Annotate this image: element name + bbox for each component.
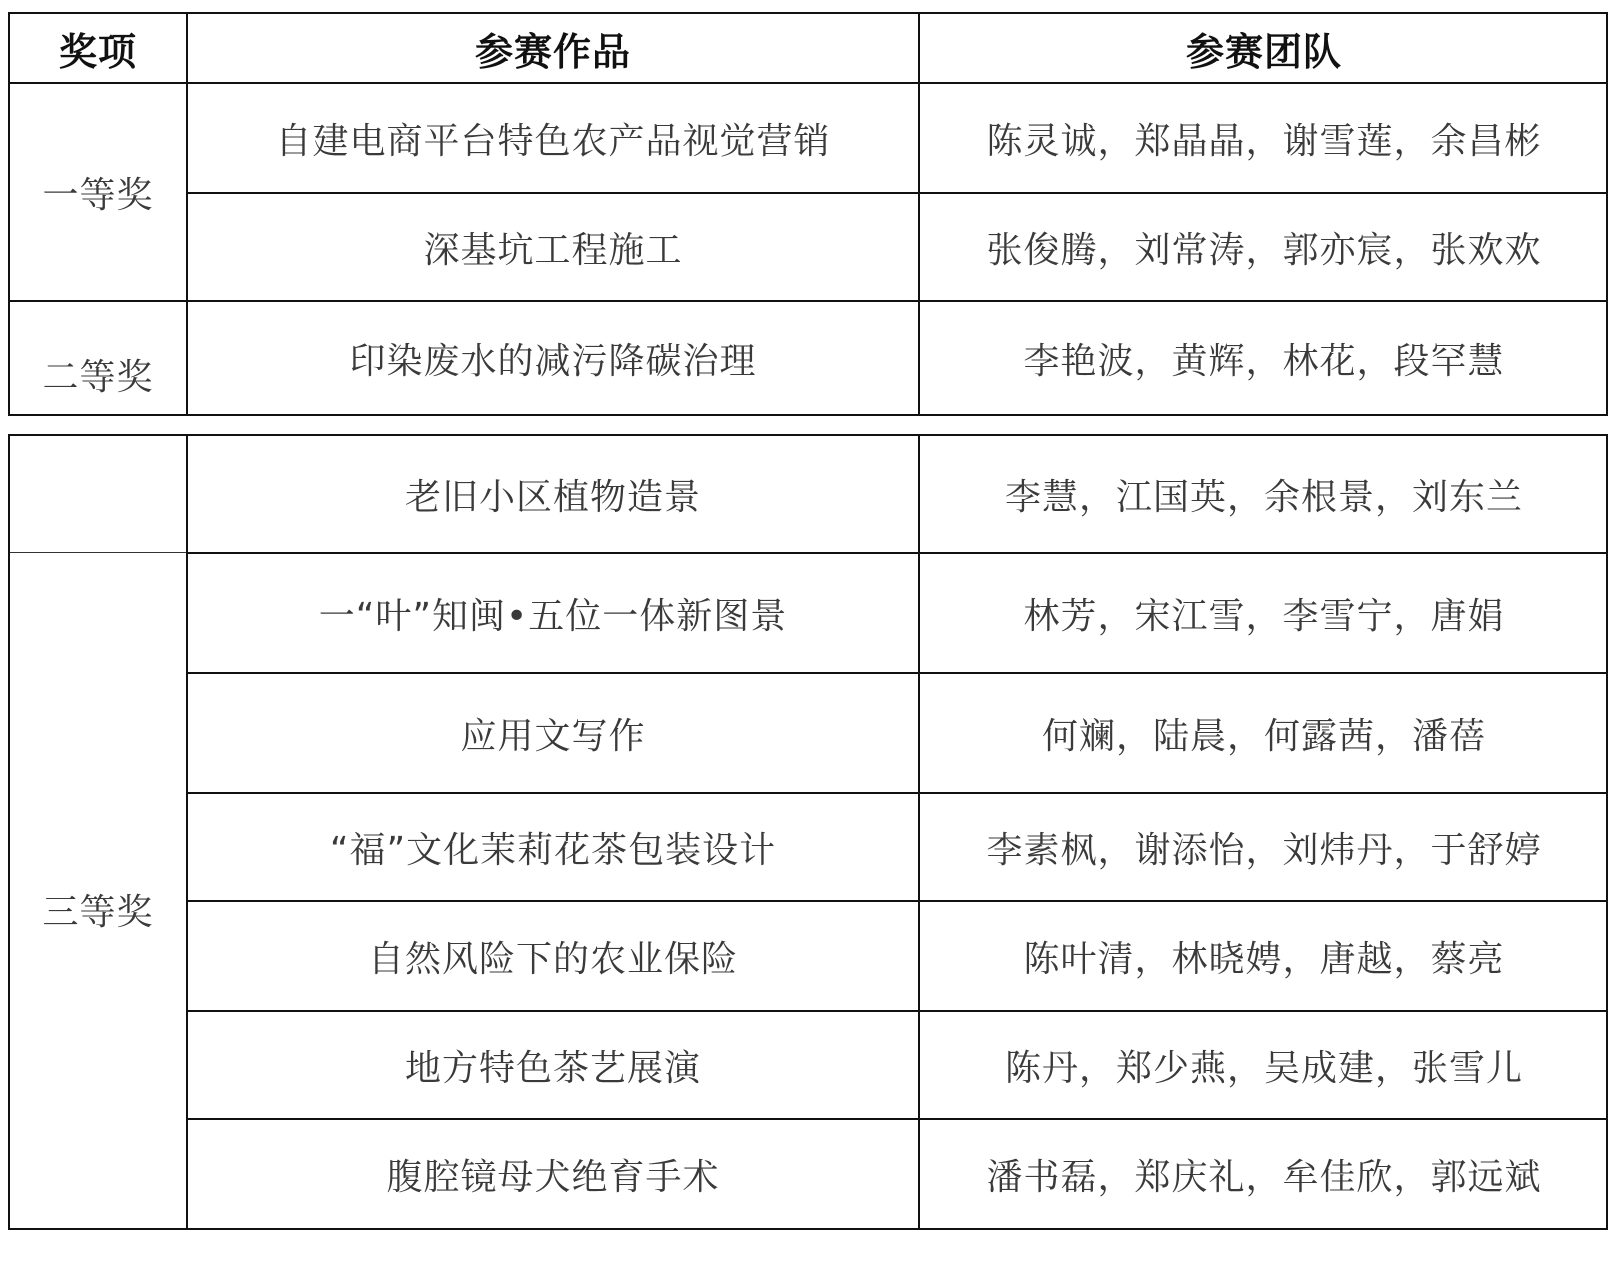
- award-third-prize: 三等奖: [10, 554, 186, 1264]
- work-cell: “福”文化茉莉花茶包装设计: [188, 794, 918, 900]
- team-cell: 陈叶清，林晓娉，唐越，蔡亮: [920, 902, 1608, 1010]
- work-cell: 腹腔镜母犬绝育手术: [188, 1120, 918, 1228]
- team-cell: 何斓，陆晨，何露茜，潘蓓: [920, 674, 1608, 792]
- work-cell: 印染废水的减污降碳治理: [188, 302, 918, 414]
- team-cell: 潘书磊，郑庆礼，牟佳欣，郭远斌: [920, 1120, 1608, 1228]
- team-cell: 陈丹，郑少燕，吴成建，张雪儿: [920, 1012, 1608, 1118]
- header-work: 参赛作品: [188, 14, 918, 82]
- work-cell: 自然风险下的农业保险: [188, 902, 918, 1010]
- work-cell: 自建电商平台特色农产品视觉营销: [188, 84, 918, 192]
- awards-table-top: 奖项 参赛作品 参赛团队 一等奖 自建电商平台特色农产品视觉营销 陈灵诚，郑晶晶…: [8, 12, 1608, 416]
- work-cell: 应用文写作: [188, 674, 918, 792]
- header-award: 奖项: [10, 14, 186, 82]
- work-cell: 老旧小区植物造景: [188, 436, 918, 552]
- awards-table-bottom: 三等奖 老旧小区植物造景 李慧，江国英，余根景，刘东兰 一“叶”知闽•五位一体新…: [8, 434, 1608, 1230]
- row-divider: [10, 552, 186, 553]
- work-cell: 一“叶”知闽•五位一体新图景: [188, 554, 918, 672]
- award-first-prize: 一等奖: [10, 84, 186, 300]
- team-cell: 林芳，宋江雪，李雪宁，唐娟: [920, 554, 1608, 672]
- team-cell: 张俊腾，刘常涛，郭亦宸，张欢欢: [920, 194, 1608, 300]
- award-second-prize: 二等奖: [10, 314, 186, 414]
- team-cell: 陈灵诚，郑晶晶，谢雪莲，余昌彬: [920, 84, 1608, 192]
- team-cell: 李素枫，谢添怡，刘炜丹，于舒婷: [920, 794, 1608, 900]
- team-cell: 李慧，江国英，余根景，刘东兰: [920, 436, 1608, 552]
- team-cell: 李艳波，黄辉，林花，段罕慧: [920, 302, 1608, 414]
- header-team: 参赛团队: [920, 14, 1608, 82]
- work-cell: 深基坑工程施工: [188, 194, 918, 300]
- work-cell: 地方特色茶艺展演: [188, 1012, 918, 1118]
